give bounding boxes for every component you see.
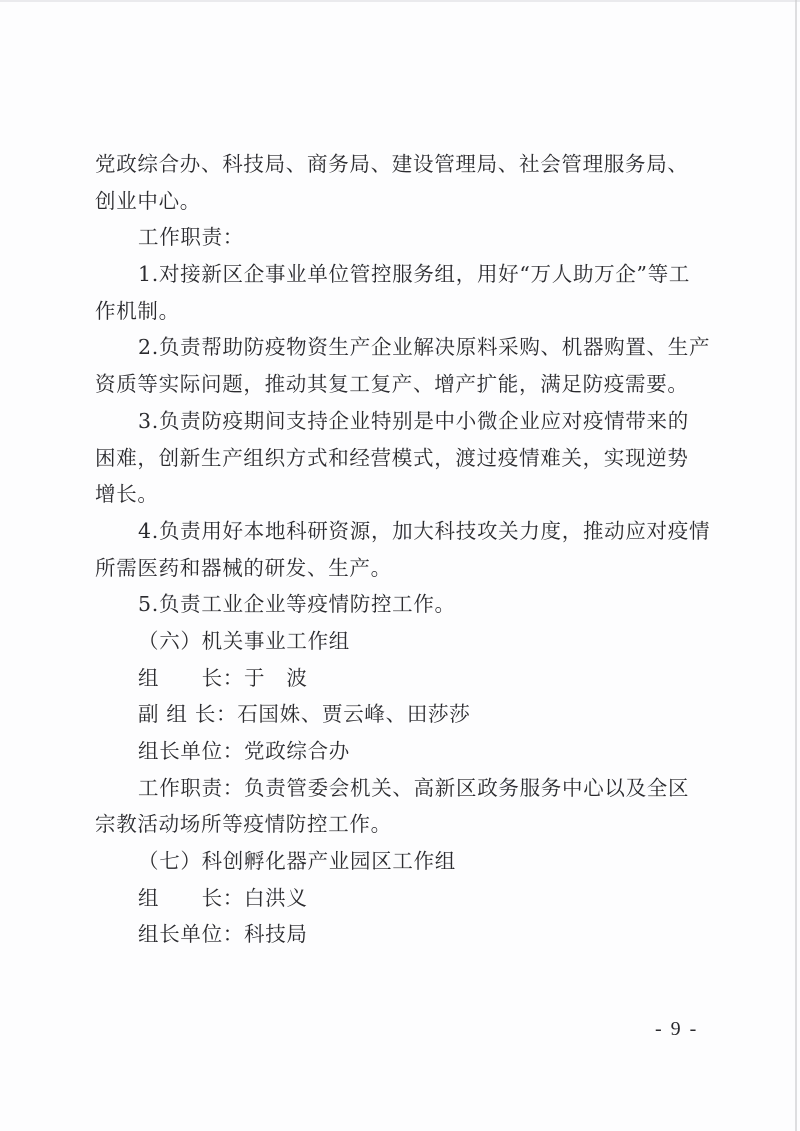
scan-top-edge <box>0 0 800 2</box>
duty-item-5: 5.负责工业企业等疫情防控工作。 <box>95 586 715 623</box>
deputy-group-leader: 副 组 长：石国姝、贾云峰、田莎莎 <box>95 696 715 733</box>
duties-statement-cont: 宗教活动场所等疫情防控工作。 <box>95 806 715 843</box>
group-leader: 组 长：白洪义 <box>95 880 715 917</box>
duty-item-3-cont: 增长。 <box>95 476 715 513</box>
text-line-continuation: 党政综合办、科技局、商务局、建设管理局、社会管理服务局、 <box>95 146 715 183</box>
duty-item-2: 2.负责帮助防疫物资生产企业解决原料采购、机器购置、生产 <box>95 329 715 366</box>
duty-item-1-cont: 作机制。 <box>95 293 715 330</box>
document-body: 党政综合办、科技局、商务局、建设管理局、社会管理服务局、 创业中心。 工作职责：… <box>95 146 715 953</box>
document-page: 党政综合办、科技局、商务局、建设管理局、社会管理服务局、 创业中心。 工作职责：… <box>0 0 800 1131</box>
section-heading-6: （六）机关事业工作组 <box>95 623 715 660</box>
scan-right-edge <box>795 0 797 1131</box>
group-leader: 组 长：于 波 <box>95 660 715 697</box>
duties-statement: 工作职责：负责管委会机关、高新区政务服务中心以及全区 <box>95 770 715 807</box>
duty-item-2-cont: 资质等实际问题，推动其复工复产、增产扩能，满足防疫需要。 <box>95 366 715 403</box>
leading-unit: 组长单位：党政综合办 <box>95 733 715 770</box>
leading-unit: 组长单位：科技局 <box>95 916 715 953</box>
duty-item-4: 4.负责用好本地科研资源，加大科技攻关力度，推动应对疫情 <box>95 513 715 550</box>
text-line-continuation: 创业中心。 <box>95 183 715 220</box>
duties-heading: 工作职责： <box>95 219 715 256</box>
duty-item-4-cont: 所需医药和器械的研发、生产。 <box>95 550 715 587</box>
duty-item-3: 3.负责防疫期间支持企业特别是中小微企业应对疫情带来的 <box>95 403 715 440</box>
duty-item-3-cont: 困难，创新生产组织方式和经营模式，渡过疫情难关，实现逆势 <box>95 440 715 477</box>
duty-item-1: 1.对接新区企事业单位管控服务组，用好“万人助万企”等工 <box>95 256 715 293</box>
page-number: - 9 - <box>655 1018 698 1041</box>
section-heading-7: （七）科创孵化器产业园区工作组 <box>95 843 715 880</box>
